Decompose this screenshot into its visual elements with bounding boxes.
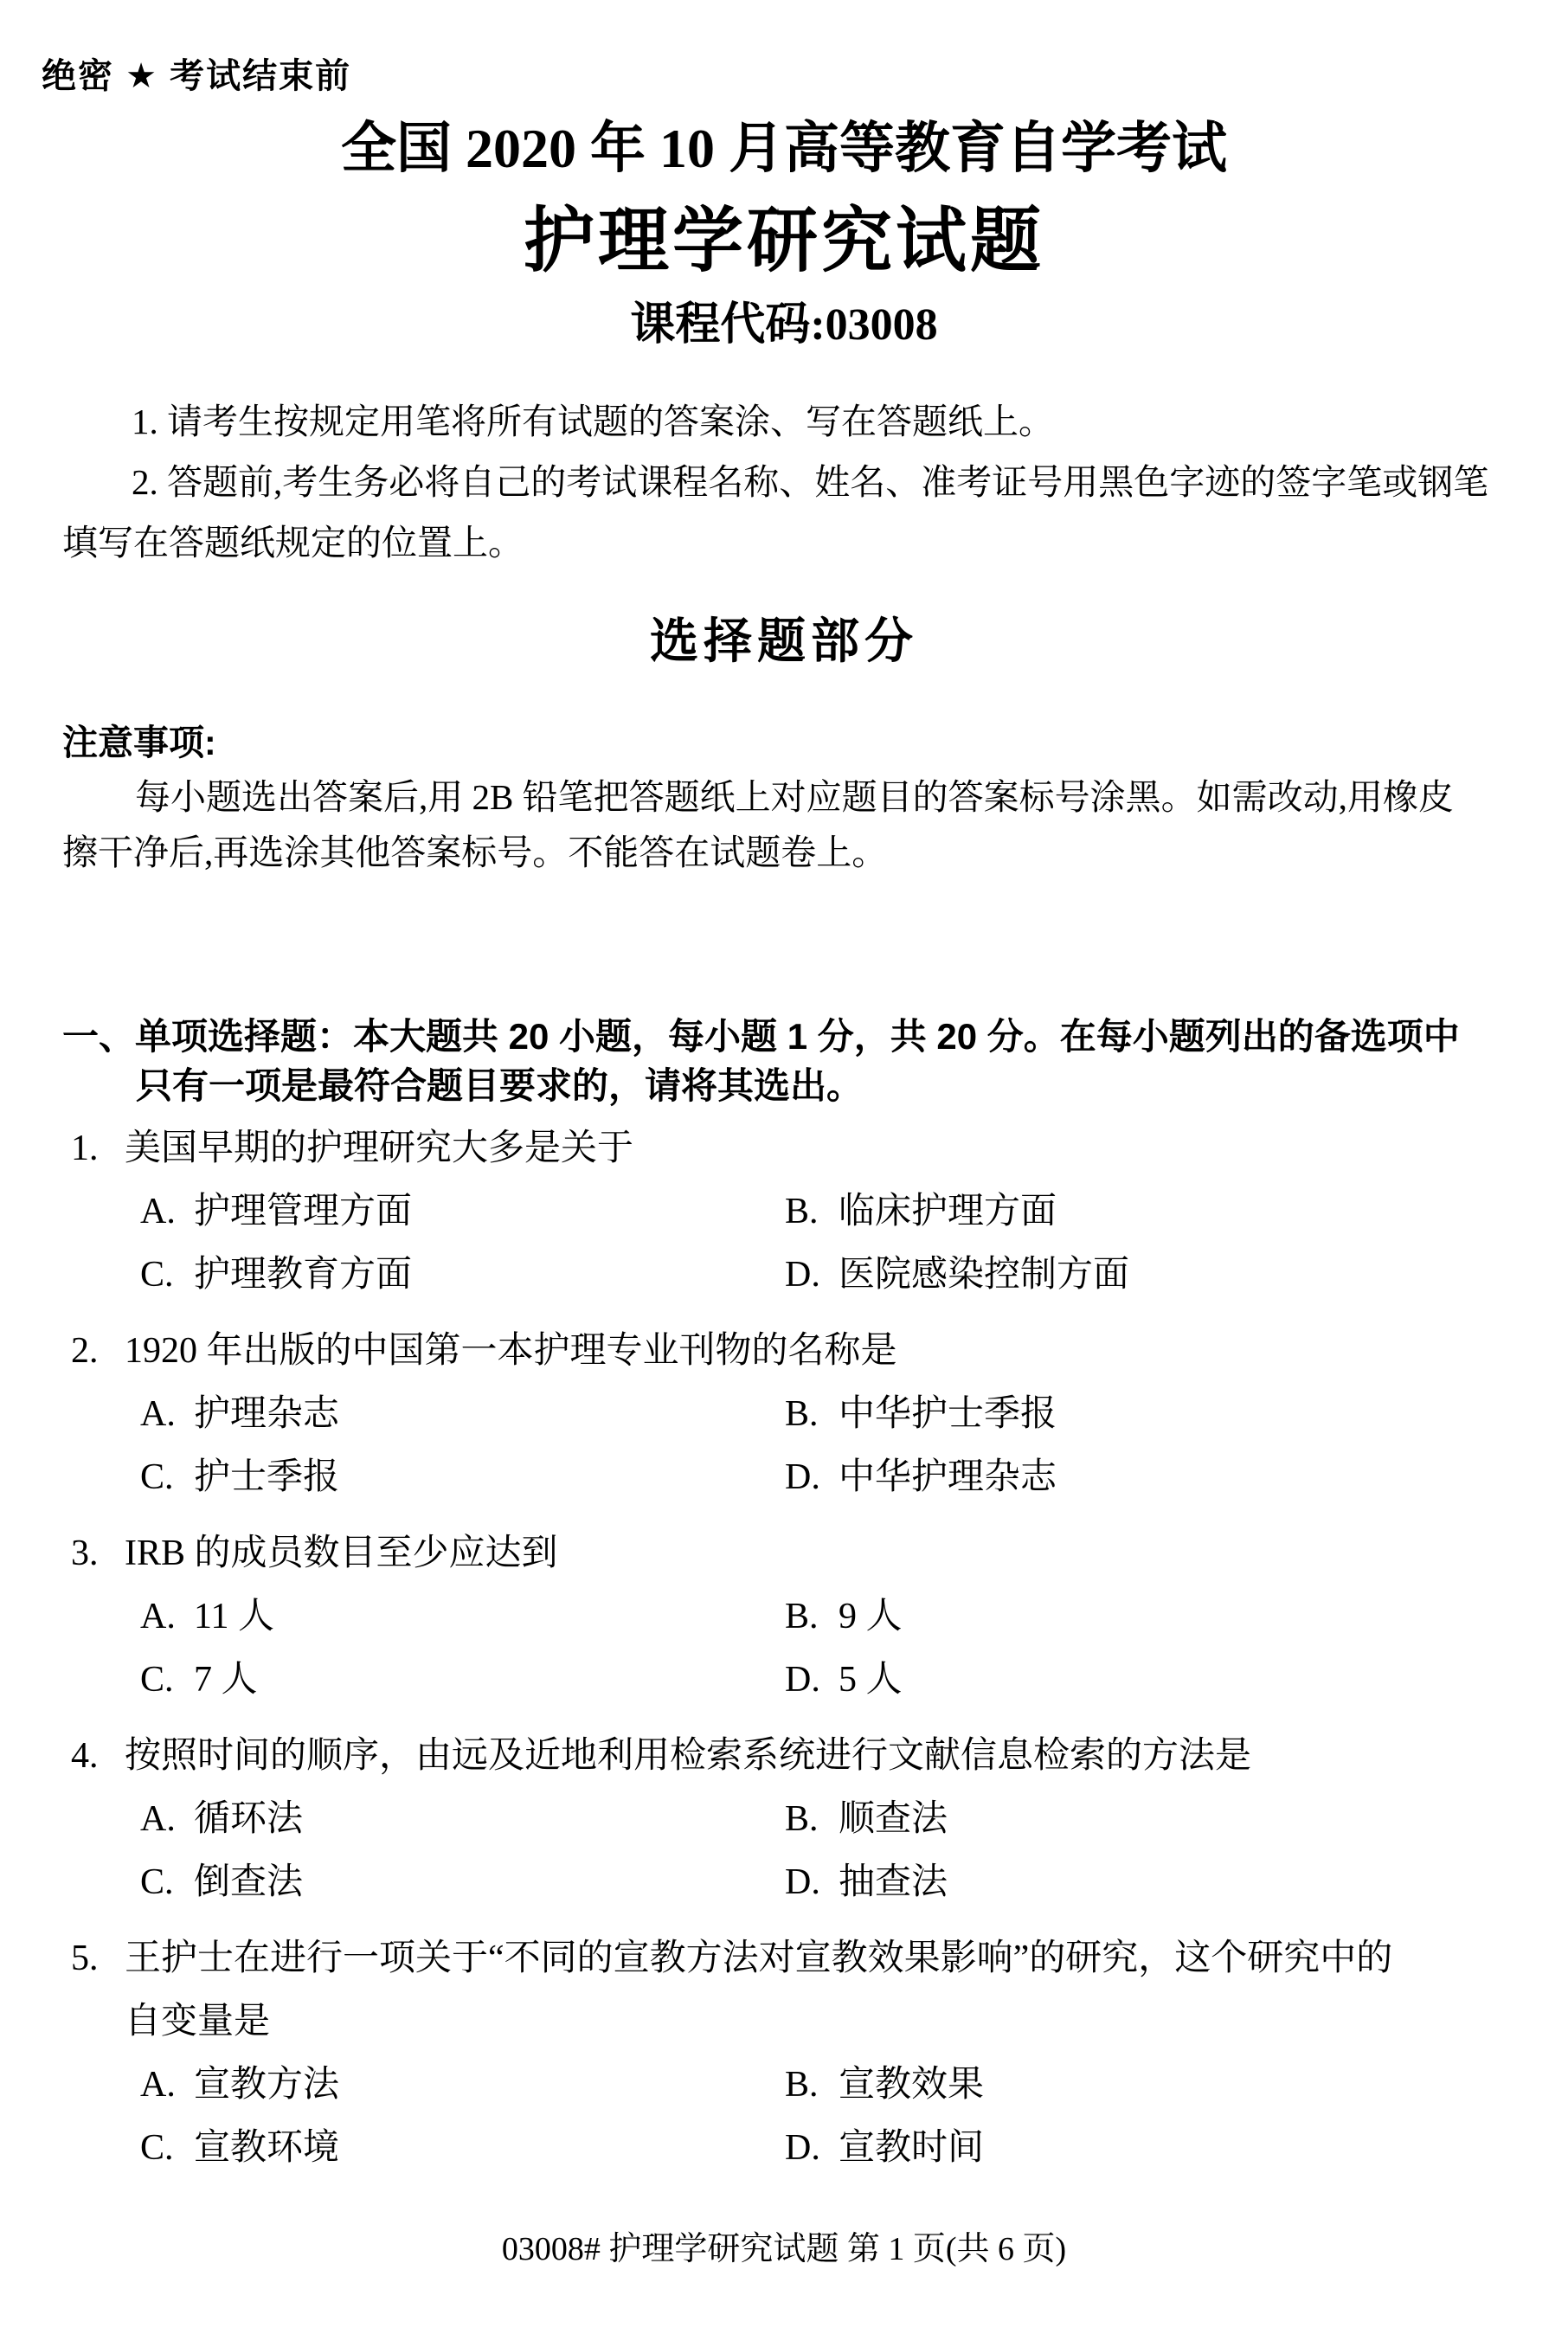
option-text: 9 人 xyxy=(839,1597,903,1636)
instruction-item-1: 1. 请考生按规定用笔将所有试题的答案涂、写在答题纸上。 xyxy=(62,391,1506,452)
question-stem-text: 王护士在进行一项关于“不同的宣教方法对宣教效果影响”的研究，这个研究中的 xyxy=(125,1939,1392,1978)
option-b: B.中华护士季报 xyxy=(785,1383,1506,1446)
option-c: C.宣教环境 xyxy=(140,2117,785,2180)
option-label: B. xyxy=(785,1585,839,1649)
option-label: D. xyxy=(785,1851,839,1914)
option-text: 护理教育方面 xyxy=(194,1255,412,1295)
question-4: 4.按照时间的顺序，由远及近地利用检索系统进行文献信息检索的方法是 A.循环法 … xyxy=(62,1725,1506,1914)
option-b: B.宣教效果 xyxy=(785,2054,1506,2117)
option-label: C. xyxy=(140,1446,194,1509)
classification-banner: 绝密 ★ 考试结束前 xyxy=(42,59,1506,93)
option-label: C. xyxy=(140,1851,194,1914)
question-number: 2. xyxy=(71,1320,125,1383)
section-one-heading-line-1: 一、单项选择题：本大题共 20 小题，每小题 1 分，共 20 分。在每小题列出… xyxy=(62,1012,1506,1061)
option-label: C. xyxy=(140,2117,194,2180)
option-c: C.护理教育方面 xyxy=(140,1244,785,1307)
option-d: D.宣教时间 xyxy=(785,2117,1506,2180)
instruction-item-2: 2. 答题前,考生务必将自己的考试课程名称、姓名、准考证号用黑色字迹的签字笔或钢… xyxy=(62,452,1506,573)
question-4-stem: 4.按照时间的顺序，由远及近地利用检索系统进行文献信息检索的方法是 xyxy=(71,1725,1506,1788)
option-text: 循环法 xyxy=(194,1799,303,1839)
option-d: D.5 人 xyxy=(785,1649,1506,1712)
question-5: 5.王护士在进行一项关于“不同的宣教方法对宣教效果影响”的研究，这个研究中的 自… xyxy=(62,1927,1506,2180)
option-d: D.抽查法 xyxy=(785,1851,1506,1914)
question-number: 1. xyxy=(71,1117,125,1180)
question-3-stem: 3.IRB 的成员数目至少应达到 xyxy=(71,1522,1506,1585)
question-stem-text: IRB 的成员数目至少应达到 xyxy=(125,1533,558,1573)
question-4-options: A.循环法 B.顺查法 C.倒查法 D.抽查法 xyxy=(71,1788,1506,1914)
option-text: 宣教效果 xyxy=(839,2065,984,2105)
question-3-options: A.11 人 B.9 人 C.7 人 D.5 人 xyxy=(71,1585,1506,1712)
notice-line-1: 每小题选出答案后,用 2B 铅笔把答题纸上对应题目的答案标号涂黑。如需改动,用橡… xyxy=(62,769,1506,825)
option-label: B. xyxy=(785,2054,839,2117)
option-text: 宣教环境 xyxy=(194,2128,339,2168)
notice-line-2: 擦干净后,再选涂其他答案标号。不能答在试题卷上。 xyxy=(62,825,1506,880)
exam-title: 全国 2020 年 10 月高等教育自学考试 xyxy=(62,121,1506,177)
option-text: 护理管理方面 xyxy=(194,1192,412,1231)
notice-label: 注意事项: xyxy=(62,725,1506,761)
option-b: B.顺查法 xyxy=(785,1788,1506,1851)
option-label: D. xyxy=(785,1649,839,1712)
option-text: 宣教方法 xyxy=(194,2065,339,2105)
question-list: 1.美国早期的护理研究大多是关于 A.护理管理方面 B.临床护理方面 C.护理教… xyxy=(62,1117,1506,2180)
question-2: 2.1920 年出版的中国第一本护理专业刊物的名称是 A.护理杂志 B.中华护士… xyxy=(62,1320,1506,1509)
question-5-options: A.宣教方法 B.宣教效果 C.宣教环境 D.宣教时间 xyxy=(71,2054,1506,2180)
option-label: A. xyxy=(140,2054,194,2117)
question-stem-text: 美国早期的护理研究大多是关于 xyxy=(125,1128,633,1168)
question-5-stem: 5.王护士在进行一项关于“不同的宣教方法对宣教效果影响”的研究，这个研究中的 xyxy=(71,1927,1506,1990)
section-one-heading: 一、单项选择题：本大题共 20 小题，每小题 1 分，共 20 分。在每小题列出… xyxy=(62,1012,1506,1110)
question-number: 4. xyxy=(71,1725,125,1788)
option-text: 抽查法 xyxy=(839,1862,948,1902)
instruction-item-2-line-2: 填写在答题纸规定的位置上。 xyxy=(62,512,1506,573)
option-label: D. xyxy=(785,1244,839,1307)
option-text: 宣教时间 xyxy=(839,2128,984,2168)
option-text: 顺查法 xyxy=(839,1799,948,1839)
option-label: B. xyxy=(785,1383,839,1446)
question-1-stem: 1.美国早期的护理研究大多是关于 xyxy=(71,1117,1506,1180)
option-label: A. xyxy=(140,1585,194,1649)
option-c: C.7 人 xyxy=(140,1649,785,1712)
option-text: 11 人 xyxy=(194,1597,274,1636)
option-label: B. xyxy=(785,1180,839,1244)
instruction-item-2-line-1: 2. 答题前,考生务必将自己的考试课程名称、姓名、准考证号用黑色字迹的签字笔或钢… xyxy=(62,452,1506,512)
option-d: D.中华护理杂志 xyxy=(785,1446,1506,1509)
option-label: C. xyxy=(140,1649,194,1712)
notice-paragraph: 每小题选出答案后,用 2B 铅笔把答题纸上对应题目的答案标号涂黑。如需改动,用橡… xyxy=(62,769,1506,880)
option-label: C. xyxy=(140,1244,194,1307)
option-a: A.护理杂志 xyxy=(140,1383,785,1446)
option-label: D. xyxy=(785,1446,839,1509)
paper-title: 护理学研究试题 xyxy=(62,206,1506,277)
option-label: A. xyxy=(140,1788,194,1851)
option-b: B.临床护理方面 xyxy=(785,1180,1506,1244)
option-label: B. xyxy=(785,1788,839,1851)
option-text: 7 人 xyxy=(194,1660,258,1700)
option-d: D.医院感染控制方面 xyxy=(785,1244,1506,1307)
option-c: C.倒查法 xyxy=(140,1851,785,1914)
option-a: A.11 人 xyxy=(140,1585,785,1649)
option-c: C.护士季报 xyxy=(140,1446,785,1509)
option-label: D. xyxy=(785,2117,839,2180)
option-label: A. xyxy=(140,1180,194,1244)
option-text: 中华护理杂志 xyxy=(839,1457,1057,1497)
question-stem-text: 按照时间的顺序，由远及近地利用检索系统进行文献信息检索的方法是 xyxy=(125,1736,1251,1776)
question-1-options: A.护理管理方面 B.临床护理方面 C.护理教育方面 D.医院感染控制方面 xyxy=(71,1180,1506,1307)
option-text: 护理杂志 xyxy=(194,1394,339,1434)
option-text: 中华护士季报 xyxy=(839,1394,1057,1434)
section-one-heading-line-2: 只有一项是最符合题目要求的，请将其选出。 xyxy=(62,1061,1506,1110)
option-text: 临床护理方面 xyxy=(839,1192,1057,1231)
part-title: 选择题部分 xyxy=(62,618,1506,666)
course-code: 课程代码:03008 xyxy=(62,303,1506,348)
option-b: B.9 人 xyxy=(785,1585,1506,1649)
option-text: 5 人 xyxy=(839,1660,903,1700)
question-2-options: A.护理杂志 B.中华护士季报 C.护士季报 D.中华护理杂志 xyxy=(71,1383,1506,1509)
option-a: A.循环法 xyxy=(140,1788,785,1851)
question-3: 3.IRB 的成员数目至少应达到 A.11 人 B.9 人 C.7 人 D.5 … xyxy=(62,1522,1506,1712)
question-number: 3. xyxy=(71,1522,125,1585)
option-a: A.宣教方法 xyxy=(140,2054,785,2117)
option-a: A.护理管理方面 xyxy=(140,1180,785,1244)
page-footer: 03008# 护理学研究试题 第 1 页(共 6 页) xyxy=(0,2233,1568,2266)
option-text: 倒查法 xyxy=(194,1862,303,1902)
exam-paper-page: 绝密 ★ 考试结束前 全国 2020 年 10 月高等教育自学考试 护理学研究试… xyxy=(0,0,1568,2334)
question-5-stem-line-2: 自变量是 xyxy=(71,1990,1506,2054)
option-text: 护士季报 xyxy=(194,1457,339,1497)
question-number: 5. xyxy=(71,1927,125,1990)
question-stem-text: 1920 年出版的中国第一本护理专业刊物的名称是 xyxy=(125,1331,897,1371)
question-1: 1.美国早期的护理研究大多是关于 A.护理管理方面 B.临床护理方面 C.护理教… xyxy=(62,1117,1506,1307)
option-label: A. xyxy=(140,1383,194,1446)
question-2-stem: 2.1920 年出版的中国第一本护理专业刊物的名称是 xyxy=(71,1320,1506,1383)
option-text: 医院感染控制方面 xyxy=(839,1255,1129,1295)
